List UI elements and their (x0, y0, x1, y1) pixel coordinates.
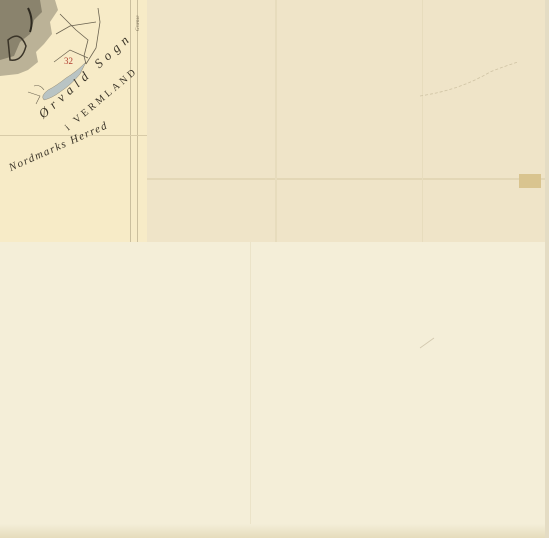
sheet-number-label: 32 (64, 56, 73, 66)
border-note-label: Grænse (136, 15, 141, 31)
map-sheet: 32 Ørvald Sogn Nordmarks Herred i VERMLA… (0, 0, 549, 538)
